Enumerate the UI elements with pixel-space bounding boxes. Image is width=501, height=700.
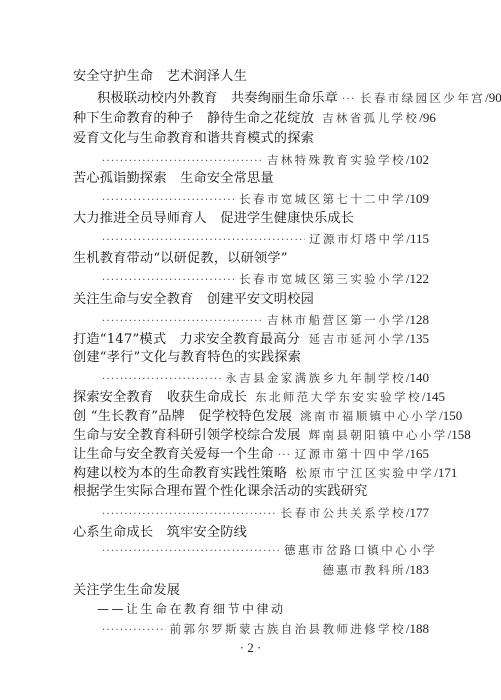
toc-entry-source-line[interactable]: 吉林特殊教育实验学校/102 — [73, 150, 429, 169]
toc-entry-title-line[interactable]: 大力推进全员导师育人 促进学生健康快乐成长 — [73, 209, 429, 228]
entry-source: 吉林特殊教育实验学校 — [267, 151, 406, 170]
toc-page: 安全守护生命 艺术润泽人生 积极联动校内外教育 共奏绚丽生命乐章 长春市绿园区少… — [0, 0, 501, 700]
entry-title: 让生命与安全教育关爱每一个生命 — [73, 445, 274, 464]
toc-entry[interactable]: 生命与安全教育科研引领学校综合发展 辉南县朝阳镇中心小学/158 — [73, 425, 429, 444]
entry-source: 辽源市第十四中学 — [295, 445, 406, 464]
toc-entry-source2-line[interactable]: 德惠市教科所/183 — [73, 560, 429, 579]
entry-source: 松原市宁江区实验中学 — [295, 464, 434, 483]
toc-entry-title-line[interactable]: 关注学生生命发展 — [73, 581, 429, 600]
entry-title: 生机教育带动“以研促教，以研领学” — [73, 249, 288, 268]
entry-title: 关注学生生命发展 — [73, 581, 180, 600]
entry-source: 长春市宽城区第三实验小学 — [239, 270, 406, 289]
toc-entry-source-line[interactable]: 辽源市灯塔中学/115 — [73, 229, 429, 248]
toc-entry[interactable]: 构建以校为本的生命教育实践性策略 松原市宁江区实验中学/171 — [73, 463, 429, 482]
entry-page: /145 — [422, 387, 445, 406]
entry-title: 打造“147”模式 力求安全教育最高分 — [73, 330, 300, 349]
entry-source: 辽源市灯塔中学 — [309, 230, 406, 249]
dot-leader — [342, 90, 356, 109]
toc-entry-source-line[interactable]: 长春市宽城区第三实验小学/122 — [73, 269, 429, 288]
entry-source: 德惠市岔路口镇中心小学 — [284, 541, 437, 560]
toc-entry-title-line[interactable]: 苦心孤诣勤探索 生命安全常思量 — [73, 169, 429, 188]
entry-page: /140 — [406, 368, 429, 387]
toc-entry[interactable]: 种下生命教育的种子 静待生命之花绽放 吉林省孤儿学校/96 — [73, 108, 429, 127]
entry-page: /122 — [406, 269, 429, 288]
entry-source: 东北师范大学东安实验学校 — [255, 388, 422, 407]
toc-entry-title-line[interactable]: 爱育文化与生命教育和谐共育模式的探索 — [73, 129, 429, 148]
toc-entry-subtitle-line: ——让生命在教育细节中律动 — [73, 600, 429, 619]
toc-entry-source-line[interactable]: 长春市宽城区第七十二中学/109 — [73, 189, 429, 208]
entry-title: 心系生命成长 筑牢安全防线 — [73, 523, 247, 542]
toc-section-heading: 安全守护生命 艺术润泽人生 — [73, 67, 429, 86]
toc-entry-source-line[interactable]: 德惠市岔路口镇中心小学 — [73, 541, 437, 560]
entry-page: /135 — [406, 329, 429, 348]
entry-page: /177 — [406, 503, 429, 522]
entry-title: 生命与安全教育科研引领学校综合发展 — [73, 426, 301, 445]
entry-page: /188 — [406, 619, 429, 638]
entry-title: 关注生命与安全教育 创建平安文明校园 — [73, 290, 314, 309]
toc-entry-title-line[interactable]: 创建“孝行”文化与教育特色的实践探索 — [73, 348, 429, 367]
entry-title: 安全守护生命 艺术润泽人生 — [73, 67, 247, 86]
entry-subtitle: ——让生命在教育细节中律动 — [97, 600, 286, 619]
toc-entry-source-line[interactable]: 长春市公共关系学校/177 — [73, 503, 429, 522]
entry-page: /109 — [406, 189, 429, 208]
entry-source: 吉林市船营区第一小学 — [267, 311, 406, 330]
page-number: · 2 · — [0, 640, 501, 656]
dot-leader — [102, 191, 235, 210]
entry-source: 长春市宽城区第七十二中学 — [239, 190, 406, 209]
dot-leader — [102, 505, 277, 524]
entry-page: /90 — [485, 88, 501, 107]
entry-title: 构建以校为本的生命教育实践性策略 — [73, 464, 287, 483]
entry-page: /165 — [406, 444, 429, 463]
entry-source: 吉林省孤儿学校 — [322, 109, 419, 128]
entry-source: 长春市公共关系学校 — [281, 504, 406, 523]
toc-entry[interactable]: 让生命与安全教育关爱每一个生命 辽源市第十四中学/165 — [73, 444, 429, 463]
entry-page: /183 — [406, 560, 429, 579]
entry-title: 种下生命教育的种子 静待生命之花绽放 — [73, 109, 314, 128]
entry-source: 前郭尔罗斯蒙古族自治县教师进修学校 — [170, 620, 406, 639]
dot-leader — [102, 542, 280, 561]
entry-title: 爱育文化与生命教育和谐共育模式的探索 — [73, 129, 314, 148]
entry-source: 永吉县金家满族乡九年制学校 — [225, 369, 406, 388]
entry-title: 创建“孝行”文化与教育特色的实践探索 — [73, 348, 301, 367]
entry-source: 长春市绿园区少年宫 — [360, 89, 485, 108]
dot-leader — [102, 271, 235, 290]
entry-title: 苦心孤诣勤探索 生命安全常思量 — [73, 169, 274, 188]
entry-title: 积极联动校内外教育 共奏绚丽生命乐章 — [97, 89, 338, 108]
entry-page: /102 — [406, 150, 429, 169]
entry-page: /150 — [439, 406, 462, 425]
toc-entry[interactable]: 积极联动校内外教育 共奏绚丽生命乐章 长春市绿园区少年宫/90 — [73, 88, 429, 107]
entry-title: 创 “生长教育”品牌 促学校特色发展 — [73, 407, 292, 426]
toc-entry-title-line[interactable]: 根据学生实际合理布置个性化课余活动的实践研究 — [73, 482, 429, 501]
toc-entry[interactable]: 创 “生长教育”品牌 促学校特色发展 洮南市福顺镇中心小学 /150 — [73, 406, 429, 425]
toc-entry[interactable]: 探索安全教育 收获生命成长 东北师范大学东安实验学校/145 — [73, 387, 429, 406]
entry-title: 探索安全教育 收获生命成长 — [73, 388, 247, 407]
dot-leader — [102, 231, 305, 250]
entry-page: /158 — [448, 425, 471, 444]
toc-entry[interactable]: 打造“147”模式 力求安全教育最高分 延吉市延河小学/135 — [73, 329, 429, 348]
entry-page: /128 — [406, 310, 429, 329]
entry-title: 根据学生实际合理布置个性化课余活动的实践研究 — [73, 482, 368, 501]
entry-title: 大力推进全员导师育人 促进学生健康快乐成长 — [73, 209, 354, 228]
entry-source: 辉南县朝阳镇中心小学 — [309, 426, 448, 445]
dot-leader — [102, 621, 166, 640]
toc-entry-title-line[interactable]: 心系生命成长 筑牢安全防线 — [73, 523, 429, 542]
entry-source: 延吉市延河小学 — [309, 330, 406, 349]
entry-page: /171 — [434, 463, 457, 482]
entry-page: /115 — [406, 229, 429, 248]
entry-source: 洮南市福顺镇中心小学 — [300, 407, 439, 426]
toc-entry-source-line[interactable]: 永吉县金家满族乡九年制学校 /140 — [73, 368, 429, 387]
entry-source-2: 德惠市教科所 — [322, 561, 405, 580]
toc-entry-source-line[interactable]: 吉林市船营区第一小学/128 — [73, 310, 429, 329]
entry-page: /96 — [419, 108, 436, 127]
toc-entry-source-line[interactable]: 前郭尔罗斯蒙古族自治县教师进修学校/188 — [73, 619, 429, 638]
toc-entry-title-line[interactable]: 生机教育带动“以研促教，以研领学” — [73, 249, 429, 268]
toc-entry-title-line[interactable]: 关注生命与安全教育 创建平安文明校园 — [73, 290, 429, 309]
